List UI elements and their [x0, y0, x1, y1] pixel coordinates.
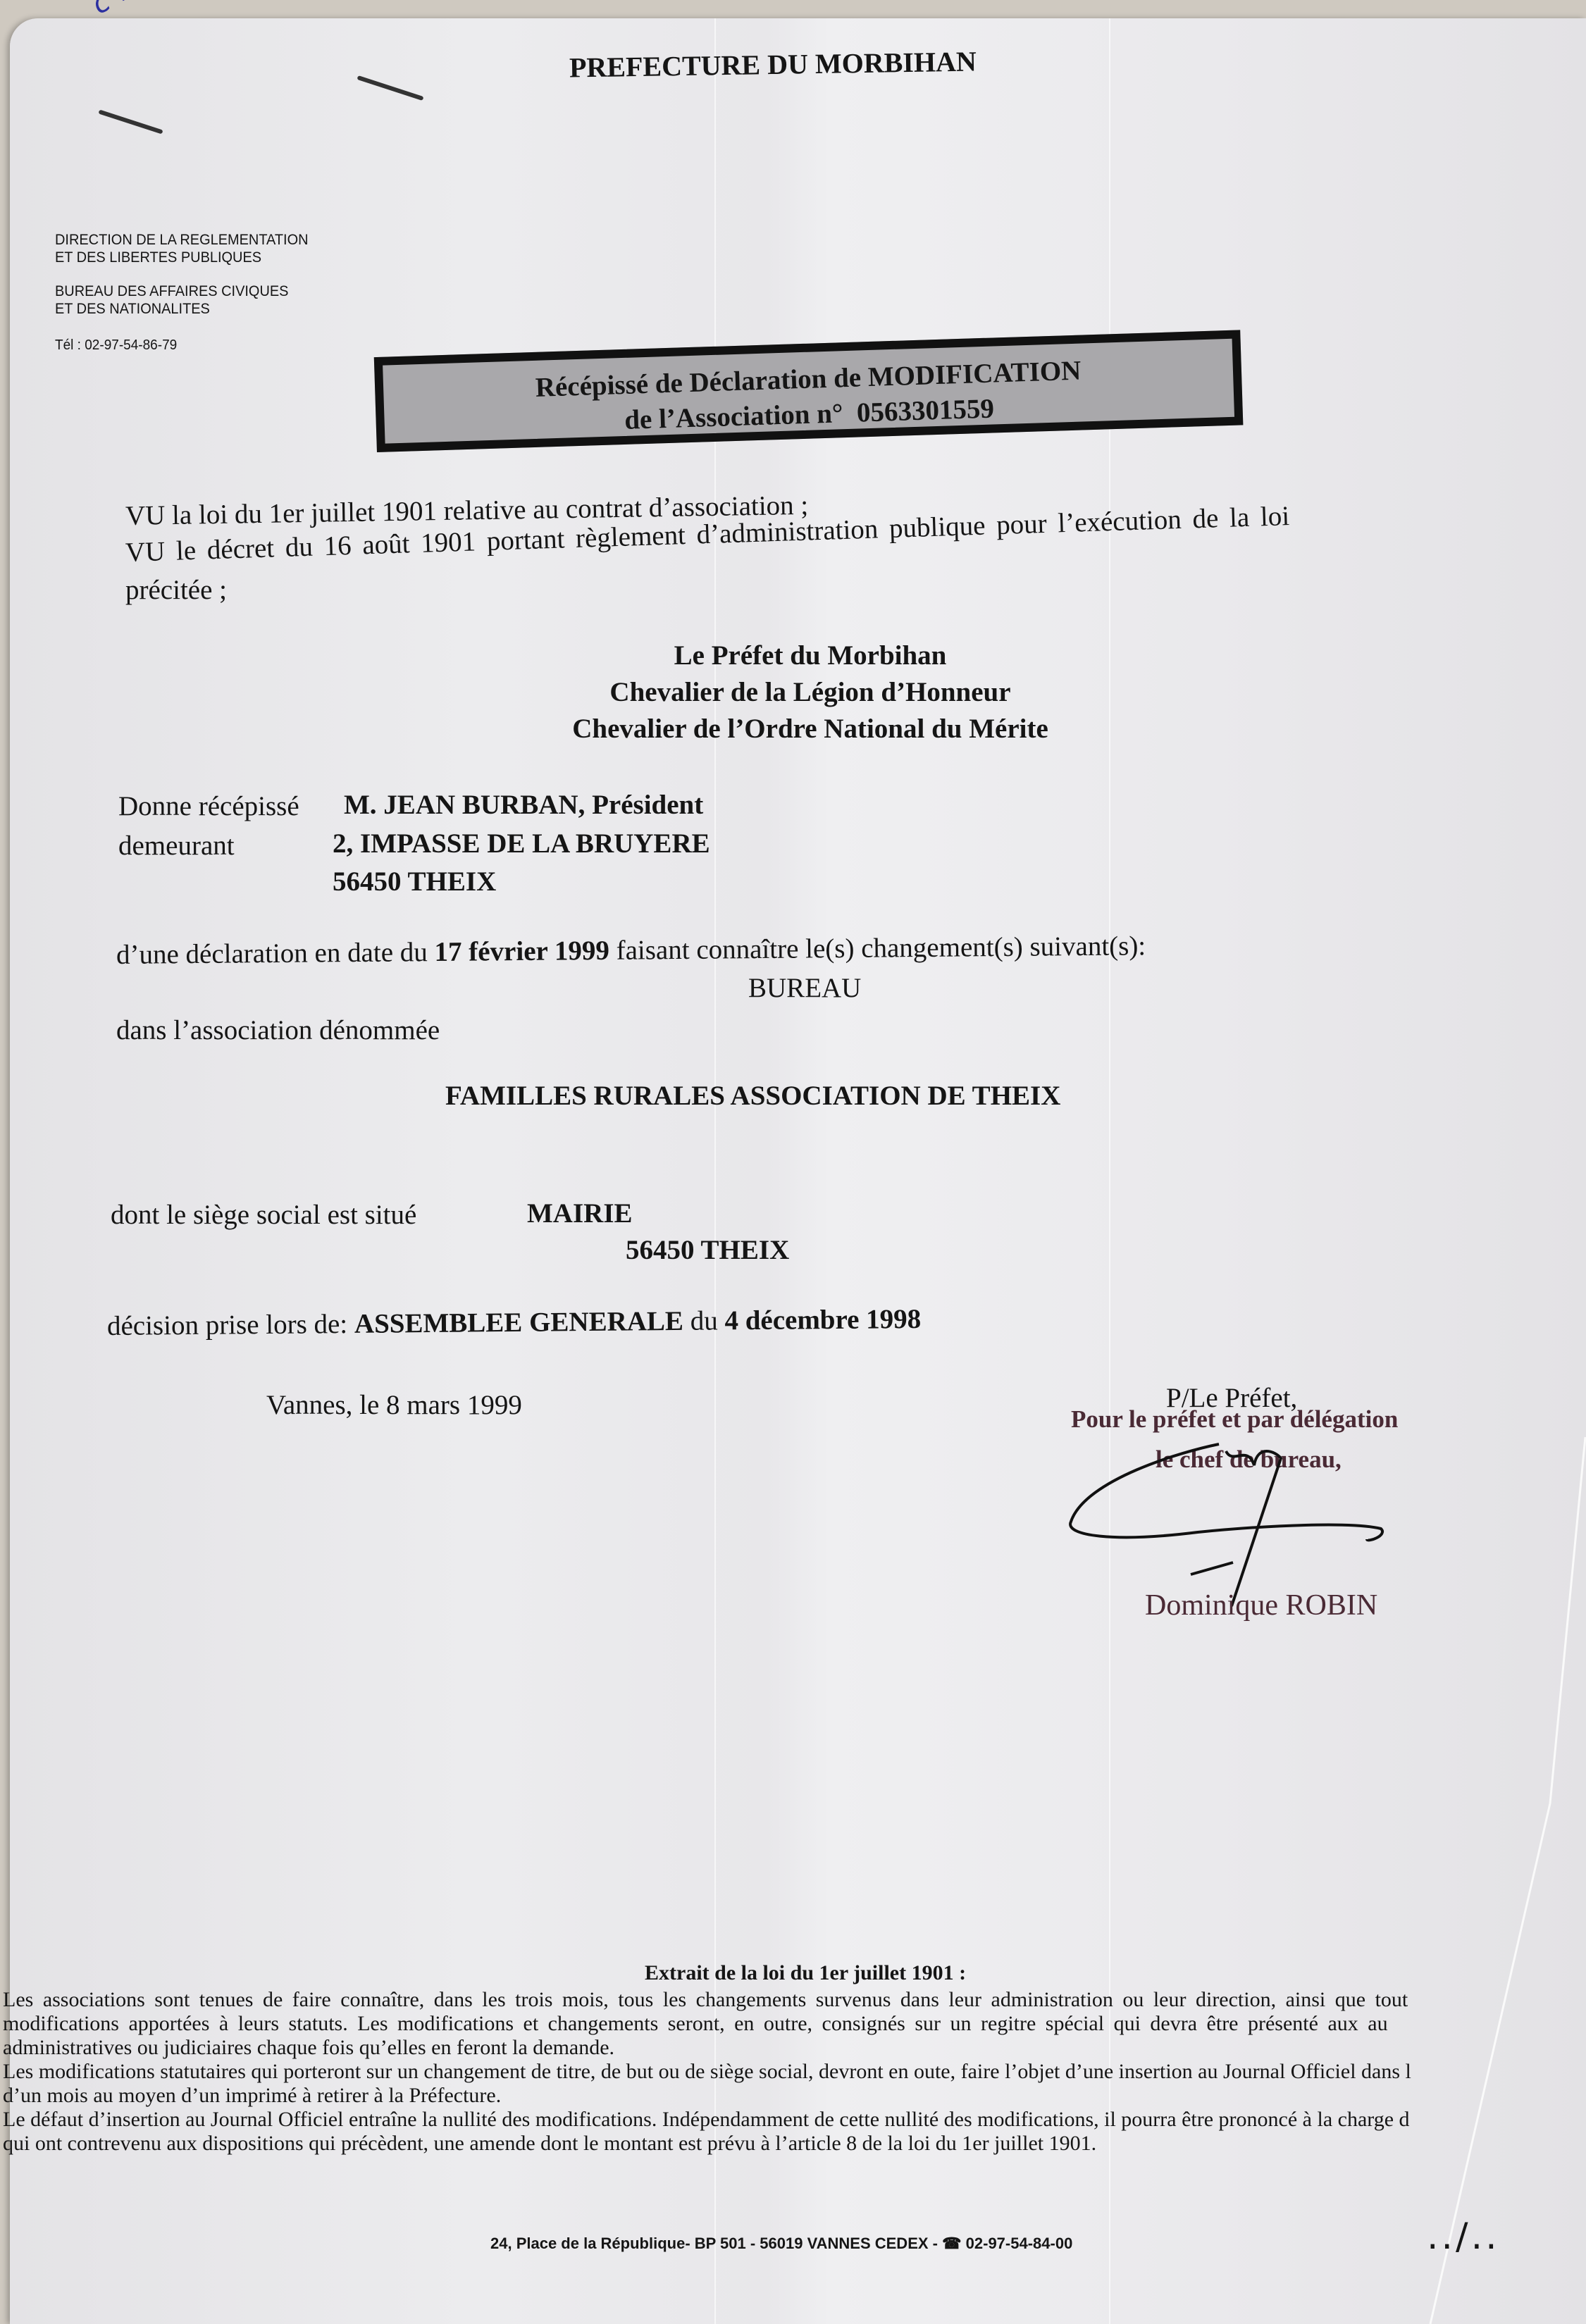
legal-line: modifications apportées à leurs statuts.…: [3, 2012, 1586, 2036]
seat-label: dont le siège social est situé: [111, 1199, 416, 1231]
address-label: demeurant: [118, 830, 235, 862]
telephone-icon: ☎: [942, 2235, 961, 2252]
bureau-line: BUREAU DES AFFAIRES CIVIQUES: [55, 282, 288, 300]
declarant-address-line-1: 2, IMPASSE DE LA BRUYERE: [333, 828, 710, 859]
legal-extract-heading: Extrait de la loi du 1er juillet 1901 :: [645, 1961, 966, 1985]
prefecture-title: PREFECTURE DU MORBIHAN: [569, 44, 977, 84]
legal-line: Les modifications statutaires qui porter…: [3, 2060, 1586, 2084]
association-name: FAMILLES RURALES ASSOCIATION DE THEIX: [445, 1080, 1060, 1112]
delegation-stamp-line-1: Pour le préfet et par délégation: [1071, 1405, 1398, 1434]
prefect-line: Chevalier de la Légion d’Honneur: [423, 674, 1198, 711]
legal-extract-text: Les associations sont tenues de faire co…: [3, 1988, 1586, 2156]
legal-line: qui ont contrevenu aux dispositions qui …: [3, 2132, 1586, 2156]
place-date: Vannes, le 8 mars 1999: [266, 1389, 522, 1421]
preamble-line-3: précitée ;: [125, 574, 227, 606]
phone-number: Tél : 02-97-54-86-79: [55, 337, 177, 354]
signatory-name: Dominique ROBIN: [1145, 1589, 1377, 1622]
legal-line: Les associations sont tenues de faire co…: [3, 1988, 1586, 2012]
footer-phone: 02-97-54-84-00: [966, 2235, 1073, 2252]
decision-date: 4 décembre 1998: [724, 1304, 921, 1336]
declarant-address-line-2: 56450 THEIX: [333, 866, 496, 897]
legal-line: administratives ou judiciaires chaque fo…: [3, 2036, 1586, 2060]
receipt-label: Donne récépissé: [118, 790, 299, 822]
declaration-date: 17 février 1999: [434, 936, 609, 967]
direction-line: ET DES LIBERTES PUBLIQUES: [55, 249, 309, 266]
bureau-block: BUREAU DES AFFAIRES CIVIQUES ET DES NATI…: [55, 282, 288, 318]
paper-crease: [1409, 1409, 1586, 2324]
bureau-line: ET DES NATIONALITES: [55, 300, 288, 318]
prefect-titles: Le Préfet du Morbihan Chevalier de la Lé…: [423, 638, 1198, 747]
footer-address: 24, Place de la République- BP 501 - 560…: [490, 2235, 1072, 2253]
association-label: dans l’association dénommée: [116, 1014, 440, 1046]
change-type: BUREAU: [748, 972, 861, 1004]
declarant-name: M. JEAN BURBAN, Président: [344, 789, 703, 821]
direction-line: DIRECTION DE LA REGLEMENTATION: [55, 231, 309, 249]
direction-block: DIRECTION DE LA REGLEMENTATION ET DES LI…: [55, 231, 309, 266]
association-number: 0563301559: [856, 393, 994, 428]
legal-line: Le défaut d’insertion au Journal Officie…: [3, 2108, 1586, 2132]
legal-line: d’un mois au moyen d’un imprimé à retire…: [3, 2084, 1586, 2108]
seat-line-2: 56450 THEIX: [626, 1234, 789, 1266]
decision-body: ASSEMBLEE GENERALE: [354, 1306, 683, 1339]
seat-line-1: MAIRIE: [527, 1198, 633, 1229]
prefect-line: Le Préfet du Morbihan: [423, 638, 1198, 674]
continuation-mark: ../..: [1427, 2216, 1500, 2258]
prefect-line: Chevalier de l’Ordre National du Mérite: [423, 711, 1198, 747]
